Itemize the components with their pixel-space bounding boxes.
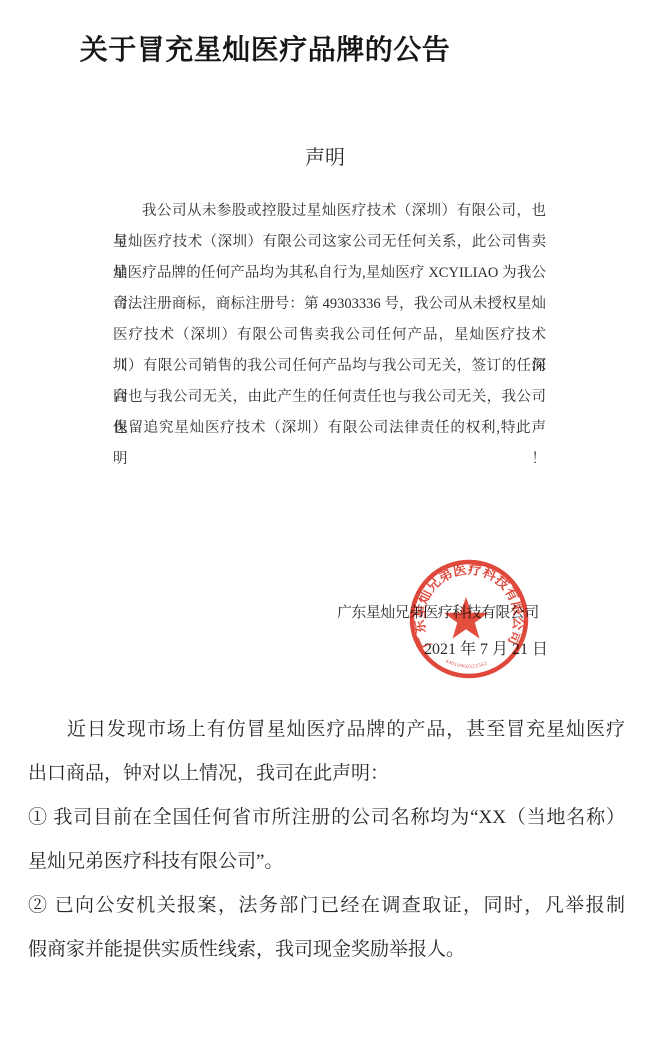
statement-line: 灿医疗品牌的任何产品均为其私自行为,星灿医疗 XCYILIAO 为我公司	[113, 258, 546, 289]
statement-line: 我公司从未参股或控股过星灿医疗技术（深圳）有限公司，也与	[113, 196, 546, 227]
section-heading: 声明	[0, 141, 650, 170]
notice-line: 出口商品，钟对以上情况，我司在此声明：	[28, 752, 625, 796]
statement-line: 合法注册商标，商标注册号：第 49303336 号，我公司从未授权星灿	[113, 289, 546, 320]
notice-line: ② 已向公安机关报案，法务部门已经在调查取证，同时，凡举报制	[28, 884, 625, 928]
notice-line: 假商家并能提供实质性线索，我司现金奖励举报人。	[28, 928, 625, 972]
notice-paragraph: 近日发现市场上有仿冒星灿医疗品牌的产品，甚至冒充星灿医疗 出口商品，钟对以上情况…	[28, 708, 625, 972]
seal-serial-number: 44010960322562	[444, 659, 488, 670]
page-title: 关于冒充星灿医疗品牌的公告	[78, 28, 452, 68]
statement-line: 医疗技术（深圳）有限公司售卖我公司任何产品，星灿医疗技术（深	[113, 320, 546, 351]
company-seal-stamp-icon: 广东星灿兄弟医疗科技有限公司 44010960322562	[404, 554, 534, 684]
statement-paragraph: 我公司从未参股或控股过星灿医疗技术（深圳）有限公司，也与 星灿医疗技术（深圳）有…	[113, 196, 546, 444]
seal-star-icon	[444, 597, 488, 639]
notice-line: 星灿兄弟医疗科技有限公司”。	[28, 840, 625, 884]
announcement-document: 关于冒充星灿医疗品牌的公告 声明 我公司从未参股或控股过星灿医疗技术（深圳）有限…	[0, 0, 650, 1053]
statement-line: 星灿医疗技术（深圳）有限公司这家公司无任何关系，此公司售卖星	[113, 227, 546, 258]
notice-line: 近日发现市场上有仿冒星灿医疗品牌的产品，甚至冒充星灿医疗	[28, 708, 625, 752]
statement-line: 圳）有限公司销售的我公司任何产品均与我公司无关，签订的任何合	[113, 351, 546, 382]
notice-line: ① 我司目前在全国任何省市所注册的公司名称均为“XX（当地名称）	[28, 796, 625, 840]
statement-line: 保留追究星灿医疗技术（深圳）有限公司法律责任的权利,特此声明！	[113, 413, 546, 444]
statement-line: 同也与我公司无关，由此产生的任何责任也与我公司无关，我公司也	[113, 382, 546, 413]
